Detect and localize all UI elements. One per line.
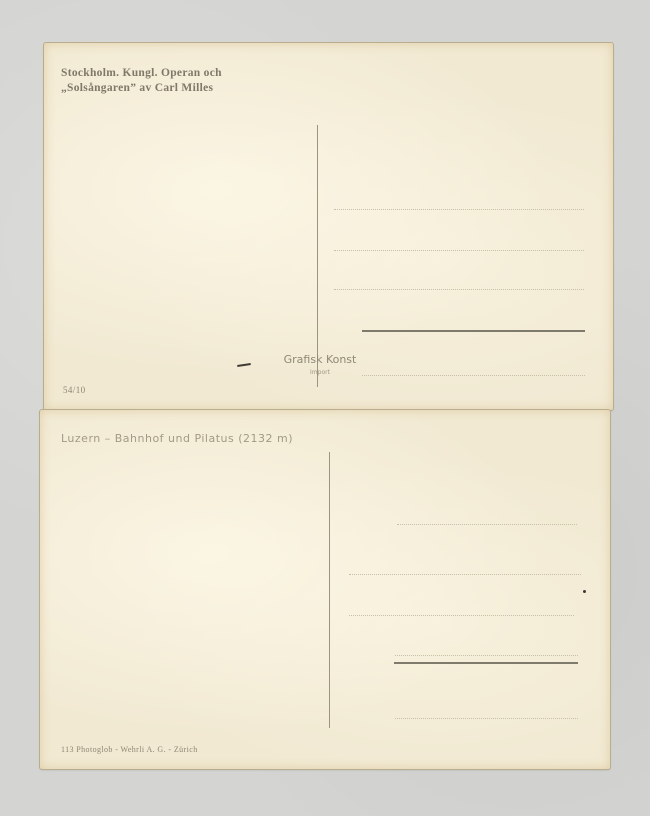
divider-line (317, 125, 318, 387)
postcard-stockholm: Stockholm. Kungl. Operan och „Solsångare… (44, 43, 613, 410)
publisher-name: Grafisk Konst (260, 353, 380, 366)
ink-mark (237, 363, 251, 367)
postcard-title: Luzern – Bahnhof und Pilatus (2132 m) (61, 432, 293, 445)
address-line-1 (334, 209, 584, 210)
address-line-4 (395, 655, 578, 656)
postcard-title-line-1: Stockholm. Kungl. Operan och (61, 66, 222, 81)
address-underline (394, 662, 578, 664)
address-underline (362, 330, 585, 332)
address-line-3 (334, 289, 584, 290)
postcard-title-line-2: „Solsångaren” av Carl Milles (61, 81, 213, 96)
address-line-4 (362, 375, 585, 376)
address-line-3 (349, 615, 574, 616)
postcard-luzern: Luzern – Bahnhof und Pilatus (2132 m) 11… (40, 410, 610, 769)
ink-dot (583, 590, 586, 593)
address-line-5 (395, 718, 578, 719)
card-number: 54/10 (63, 385, 86, 395)
publisher-subtitle: Import (260, 369, 380, 376)
address-line-2 (349, 574, 581, 575)
address-line-2 (334, 250, 584, 251)
publisher-imprint: 113 Photoglob - Wehrli A. G. - Zürich (61, 745, 198, 754)
divider-line (329, 452, 330, 728)
address-line-1 (397, 524, 577, 525)
